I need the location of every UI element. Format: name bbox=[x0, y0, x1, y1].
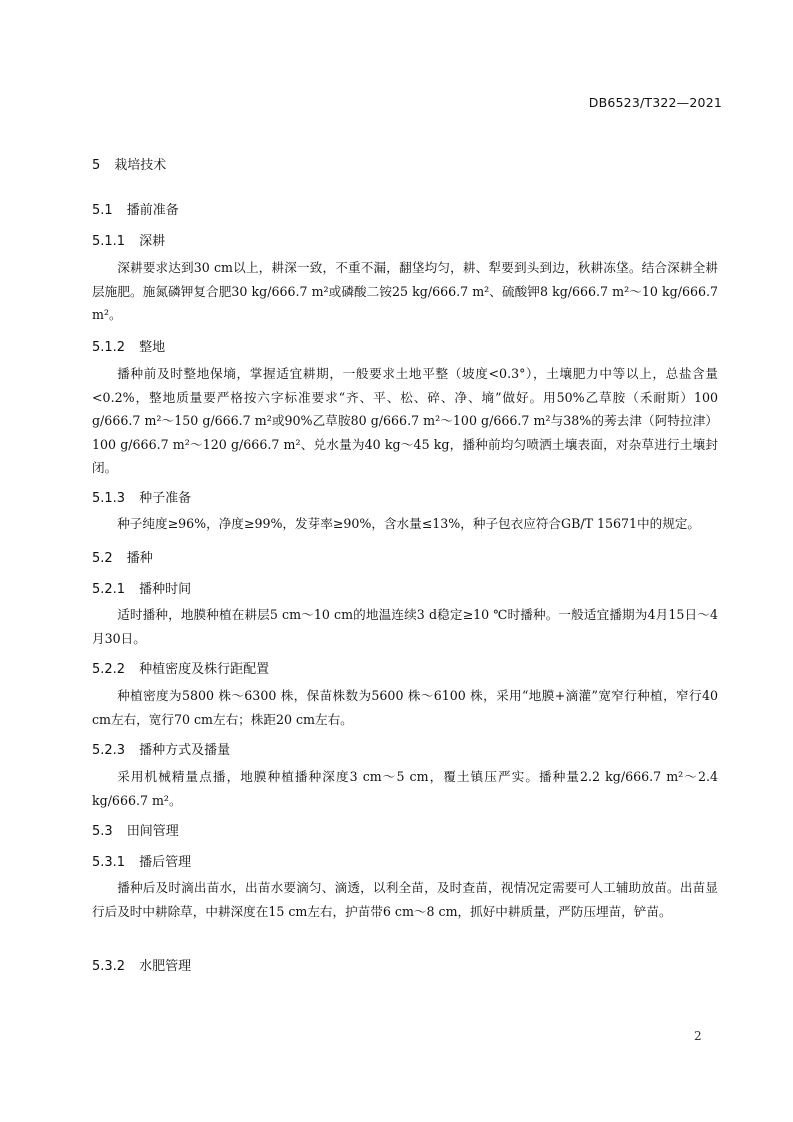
section-title: 深耕 bbox=[139, 234, 165, 249]
section-title: 种植密度及株行距配置 bbox=[139, 662, 269, 677]
section-heading: 5.1.1深耕 bbox=[92, 230, 718, 249]
section-heading: 5.3.2水肥管理 bbox=[92, 955, 718, 974]
section-title: 播种方式及播量 bbox=[139, 743, 230, 758]
section-number: 5.1.3 bbox=[92, 491, 125, 506]
section-number: 5.1.1 bbox=[92, 234, 125, 249]
body-paragraph: 播种后及时滴出苗水，出苗水要滴匀、滴透，以利全苗，及时查苗，视情况定需要可人工辅… bbox=[92, 876, 718, 923]
section-heading: 5.1.2整地 bbox=[92, 336, 718, 355]
body-paragraph: 适时播种，地膜种植在耕层5 cm～10 cm的地温连续3 d稳定≥10 ℃时播种… bbox=[92, 603, 718, 650]
section-heading: 5.2.1播种时间 bbox=[92, 578, 718, 597]
section-heading: 5.2.2种植密度及株行距配置 bbox=[92, 658, 718, 677]
section-number: 5.2.2 bbox=[92, 662, 125, 677]
section-title: 整地 bbox=[139, 340, 165, 355]
section-number: 5 bbox=[92, 158, 100, 173]
body-paragraph: 种植密度为5800 株～6300 株，保苗株数为5600 株～6100 株，采用… bbox=[92, 684, 718, 731]
section-heading: 5.3.1播后管理 bbox=[92, 851, 718, 870]
section-title: 田间管理 bbox=[127, 824, 179, 839]
section-heading: 5.2.3播种方式及播量 bbox=[92, 739, 718, 758]
section-heading: 5.1播前准备 bbox=[92, 199, 718, 218]
section-number: 5.3.2 bbox=[92, 959, 125, 974]
section-number: 5.1.2 bbox=[92, 340, 125, 355]
section-heading: 5.1.3种子准备 bbox=[92, 487, 718, 506]
section-number: 5.1 bbox=[92, 203, 113, 218]
page-number: 2 bbox=[694, 1029, 702, 1043]
section-title: 水肥管理 bbox=[139, 959, 191, 974]
section-title: 播种 bbox=[127, 551, 153, 566]
section-heading: 5栽培技术 bbox=[92, 154, 718, 173]
body-paragraph: 采用机械精量点播，地膜种植播种深度3 cm～5 cm，覆土镇压严实。播种量2.2… bbox=[92, 765, 718, 812]
section-title: 播后管理 bbox=[139, 855, 191, 870]
section-number: 5.2 bbox=[92, 551, 113, 566]
body-paragraph: 深耕要求达到30 cm以上，耕深一致，不重不漏，翻垡均匀，耕、犁要到头到边，秋耕… bbox=[92, 256, 718, 327]
document-code: DB6523/T322—2021 bbox=[589, 95, 722, 110]
section-title: 播种时间 bbox=[139, 582, 191, 597]
section-number: 5.3 bbox=[92, 824, 113, 839]
section-title: 播前准备 bbox=[127, 203, 179, 218]
section-number: 5.2.1 bbox=[92, 582, 125, 597]
section-title: 种子准备 bbox=[139, 491, 191, 506]
section-heading: 5.2播种 bbox=[92, 547, 718, 566]
section-heading: 5.3田间管理 bbox=[92, 820, 718, 839]
body-paragraph: 播种前及时整地保墒，掌握适宜耕期，一般要求土地平整（坡度<0.3°），土壤肥力中… bbox=[92, 362, 718, 480]
section-title: 栽培技术 bbox=[114, 158, 166, 173]
body-paragraph: 种子纯度≥96%，净度≥99%，发芽率≥90%，含水量≤13%，种子包衣应符合G… bbox=[92, 512, 718, 536]
section-number: 5.3.1 bbox=[92, 855, 125, 870]
section-number: 5.2.3 bbox=[92, 743, 125, 758]
